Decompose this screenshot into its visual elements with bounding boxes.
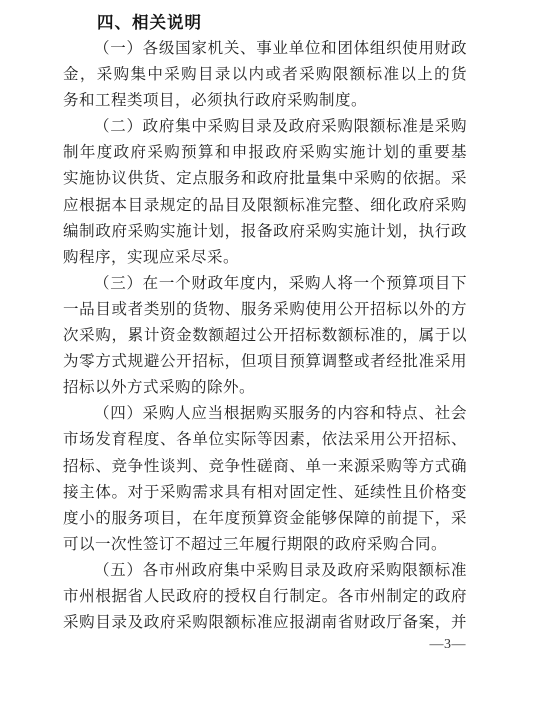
paragraph: （一）各级国家机关、事业单位和团体组织使用财政性资金，采购集中采购目录以内或者采…: [63, 36, 467, 114]
text-line: （三）在一个财政年度内，采购人将一个预算项目下的同: [63, 271, 467, 297]
text-line: 市州根据省人民政府的授权自行制定。各市州制定的政府集中: [63, 584, 467, 610]
text-line: 接主体。对于采购需求具有相对固定性、延续性且价格变化幅: [63, 480, 467, 506]
text-line: 编制政府采购实施计划，报备政府采购实施计划，执行政府采: [63, 219, 467, 245]
paragraph: （三）在一个财政年度内，采购人将一个预算项目下的同一品目或者类别的货物、服务采购…: [63, 271, 467, 401]
text-line: 度小的服务项目，在年度预算资金能够保障的前提下，采购人: [63, 506, 467, 532]
text-line: 实施协议供货、定点服务和政府批量集中采购的依据。采购人: [63, 166, 467, 192]
text-line: 为零方式规避公开招标，但项目预算调整或者经批准采用公开: [63, 349, 467, 375]
text-line: 市场发育程度、各单位实际等因素，依法采用公开招标、邀请: [63, 427, 467, 453]
text-line: （五）各市州政府集中采购目录及政府采购限额标准由各: [63, 558, 467, 584]
text-line: （四）采购人应当根据购买服务的内容和特点、社会力量: [63, 401, 467, 427]
page-number: —3—: [63, 637, 467, 652]
text-line: 招标、竞争性谈判、竞争性磋商、单一来源采购等方式确定承: [63, 454, 467, 480]
text-line: （二）政府集中采购目录及政府采购限额标准是采购人编: [63, 114, 467, 140]
text-line: 金，采购集中采购目录以内或者采购限额标准以上的货物、服: [63, 62, 467, 88]
text-line: 招标以外方式采购的除外。: [63, 375, 467, 401]
text-line: 采购目录及政府采购限额标准应报湖南省财政厅备案，并在中: [63, 610, 467, 636]
text-line: 应根据本目录规定的品目及限额标准完整、细化政府采购预算，: [63, 193, 467, 219]
text-line: 可以一次性签订不超过三年履行期限的政府采购合同。: [63, 532, 467, 558]
section-heading: 四、相关说明: [63, 9, 467, 36]
paragraph-list: （一）各级国家机关、事业单位和团体组织使用财政性资金，采购集中采购目录以内或者采…: [63, 36, 467, 636]
paragraph: （五）各市州政府集中采购目录及政府采购限额标准由各市州根据省人民政府的授权自行制…: [63, 558, 467, 636]
text-line: 购程序，实现应采尽采。: [63, 245, 467, 271]
document-page: 四、相关说明 （一）各级国家机关、事业单位和团体组织使用财政性资金，采购集中采购…: [0, 0, 552, 721]
text-line: 一品目或者类别的货物、服务采购使用公开招标以外的方式多: [63, 297, 467, 323]
paragraph: （二）政府集中采购目录及政府采购限额标准是采购人编制年度政府采购预算和申报政府采…: [63, 114, 467, 271]
text-line: 务和工程类项目，必须执行政府采购制度。: [63, 88, 467, 114]
document-content: 四、相关说明 （一）各级国家机关、事业单位和团体组织使用财政性资金，采购集中采购…: [63, 9, 467, 652]
text-line: 次采购，累计资金数额超过公开招标数额标准的，属于以化整: [63, 323, 467, 349]
text-line: （一）各级国家机关、事业单位和团体组织使用财政性资: [63, 36, 467, 62]
text-line: 制年度政府采购预算和申报政府采购实施计划的重要基础，是: [63, 140, 467, 166]
paragraph: （四）采购人应当根据购买服务的内容和特点、社会力量市场发育程度、各单位实际等因素…: [63, 401, 467, 558]
